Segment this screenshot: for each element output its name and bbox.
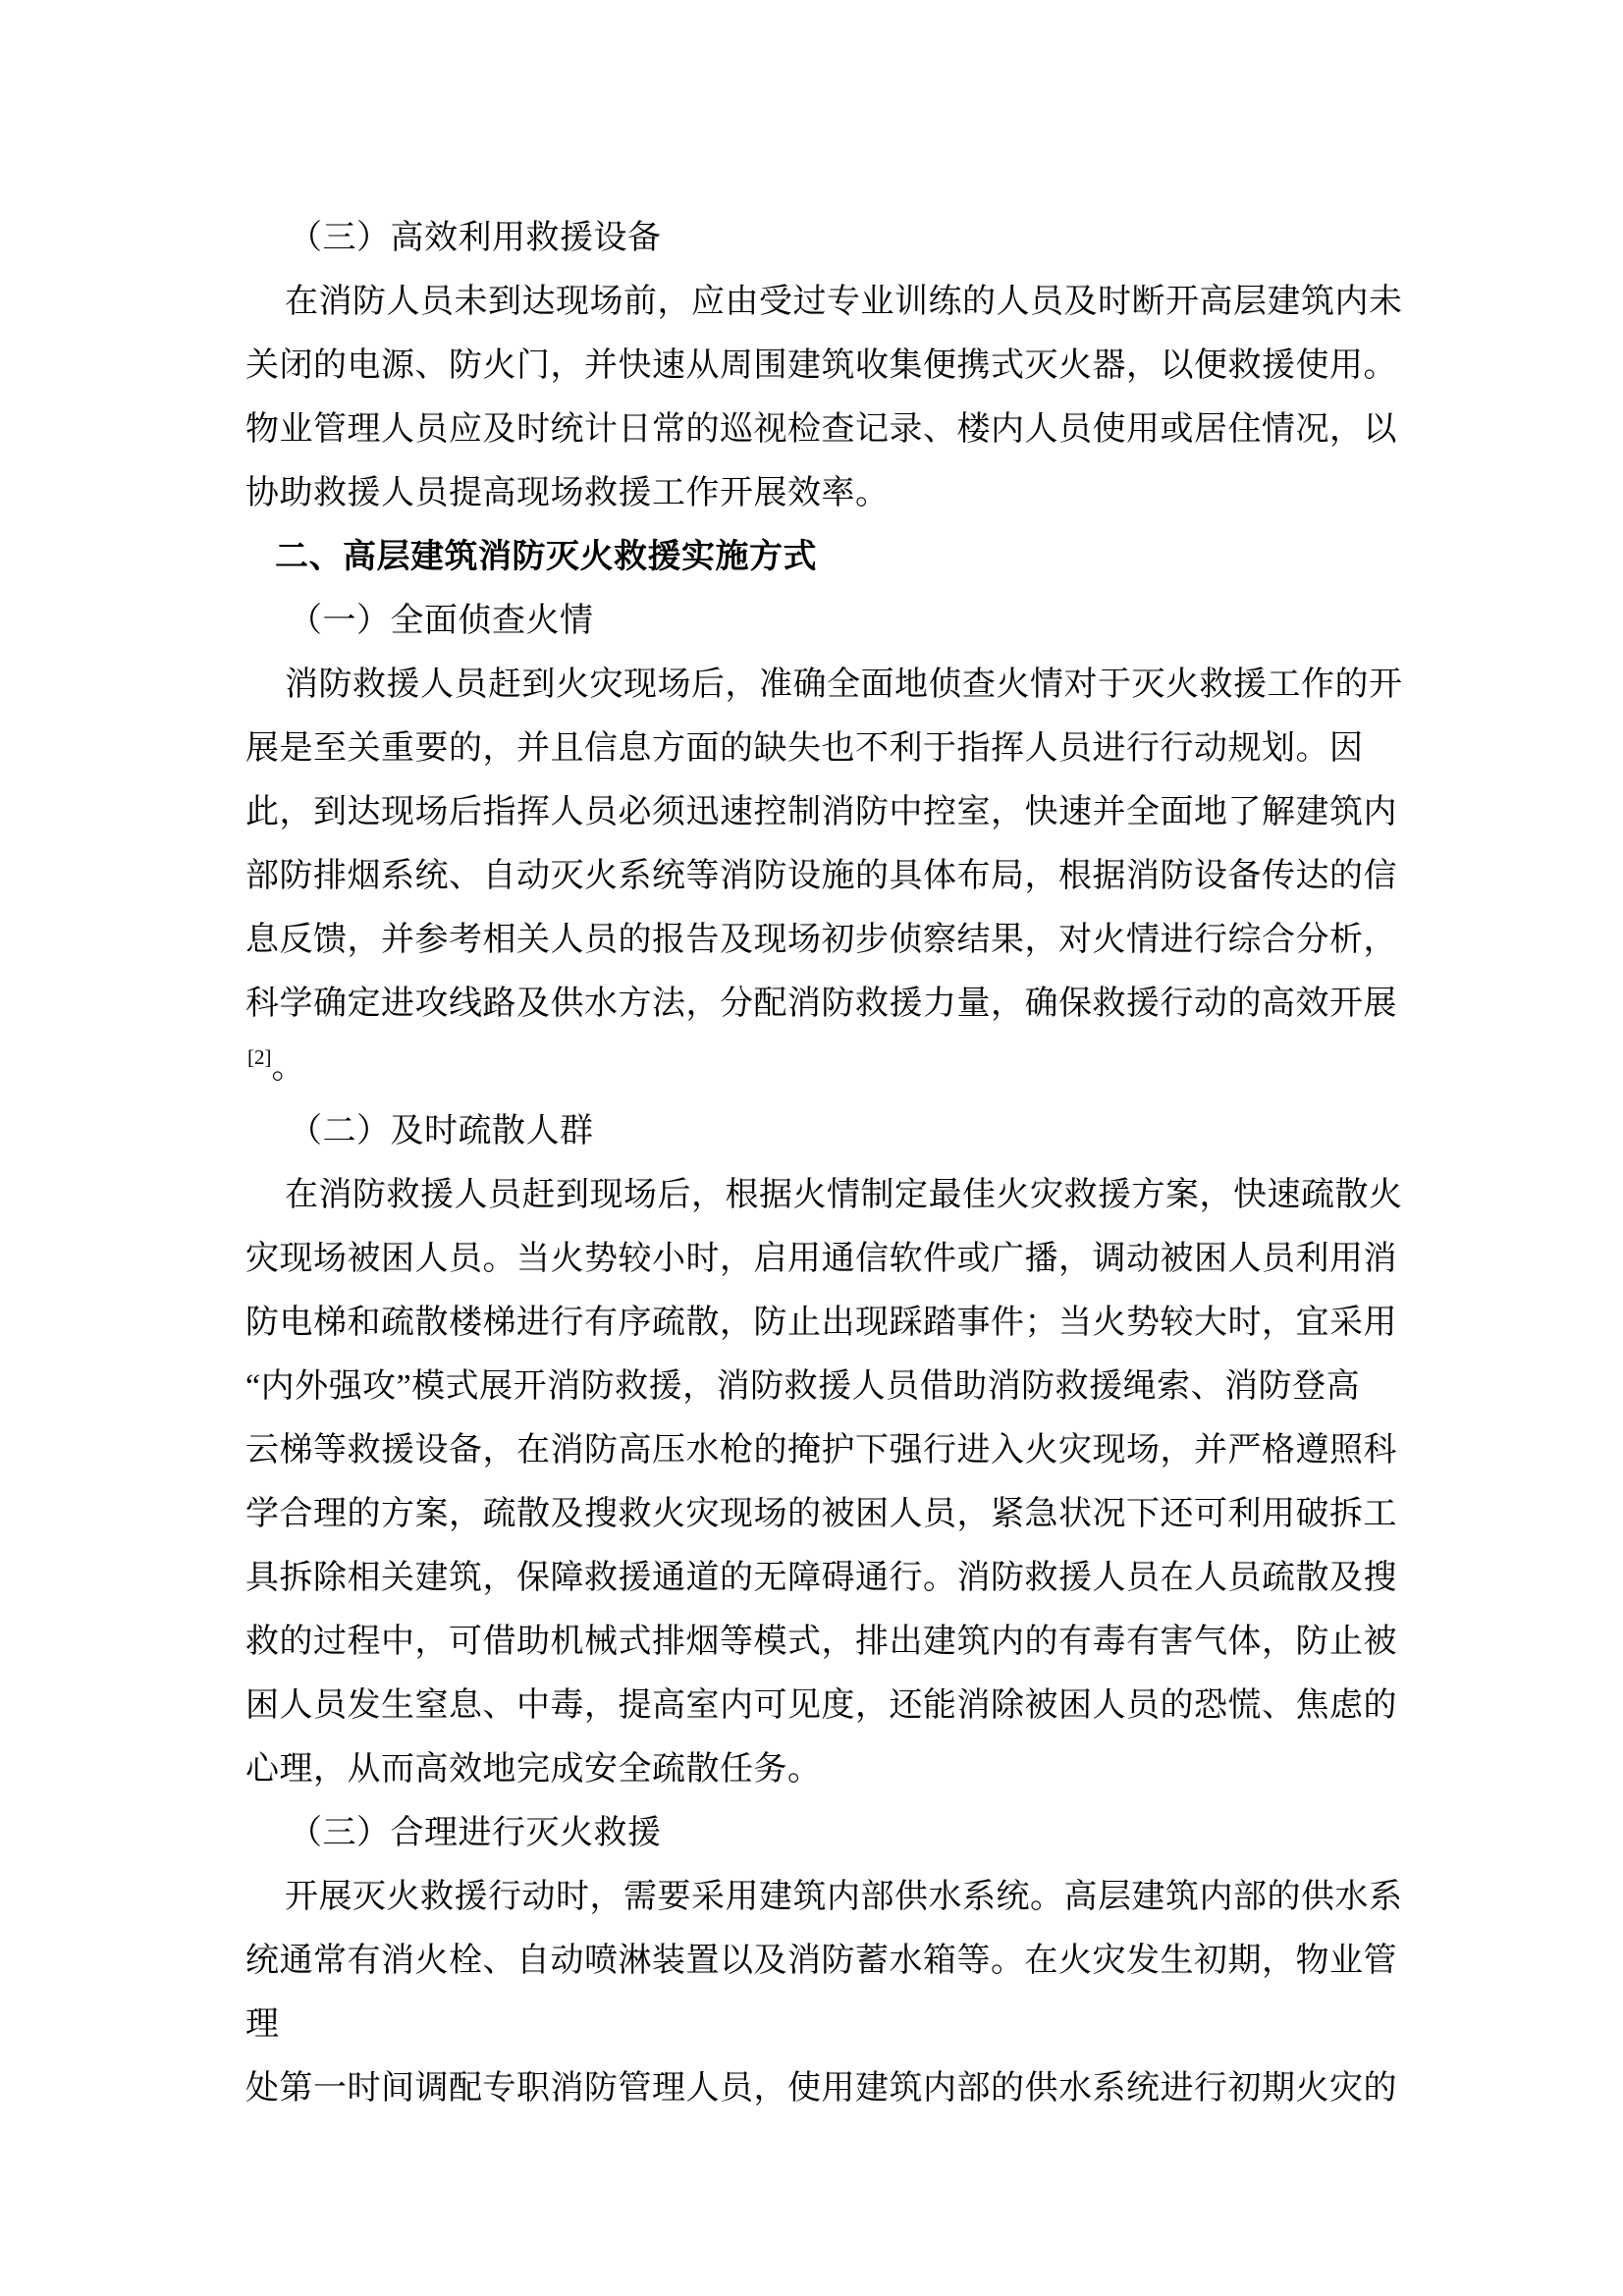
paragraph-line: 学合理的方案，疏散及搜救火灾现场的被困人员，紧急状况下还可利用破拆工 xyxy=(245,1482,1381,1546)
paragraph-line: 此，到达现场后指挥人员必须迅速控制消防中控室，快速并全面地了解建筑内 xyxy=(245,780,1381,844)
paragraph-line: 救的过程中，可借助机械式排烟等模式，排出建筑内的有毒有害气体，防止被 xyxy=(245,1610,1381,1674)
citation-period: 。 xyxy=(272,1049,306,1086)
paragraph-line: 关闭的电源、防火门，并快速从周围建筑收集便携式灭火器，以便救援使用。 xyxy=(245,334,1381,398)
paragraph-line-with-citation: [2]。 xyxy=(245,1036,1381,1099)
section-heading-3-efficient-use-of-rescue-equipment: （三）高效利用救援设备 xyxy=(245,206,1381,270)
paragraph-line-orphan-char: 理 xyxy=(245,1993,1381,2056)
section-heading-1-full-fire-reconnaissance: （一）全面侦查火情 xyxy=(245,589,1381,653)
paragraph-line: 困人员发生窒息、中毒，提高室内可见度，还能消除被困人员的恐慌、焦虑的 xyxy=(245,1674,1381,1737)
document-page: （三）高效利用救援设备 在消防人员未到达现场前，应由受过专业训练的人员及时断开高… xyxy=(0,0,1623,2296)
paragraph-line: 消防救援人员赶到火灾现场后，准确全面地侦查火情对于灭火救援工作的开 xyxy=(245,653,1381,717)
section-heading-3-reasonable-firefighting-rescue: （三）合理进行灭火救援 xyxy=(245,1801,1381,1865)
section-heading-2-timely-evacuation: （二）及时疏散人群 xyxy=(245,1099,1381,1163)
chapter-heading-2-implementation-methods: 二、高层建筑消防灭火救援实施方式 xyxy=(245,525,1381,589)
paragraph-line: “内外强攻”模式展开消防救援，消防救援人员借助消防救援绳索、消防登高 xyxy=(245,1355,1381,1418)
paragraph-line: 统通常有消火栓、自动喷淋装置以及消防蓄水箱等。在火灾发生初期，物业管 xyxy=(245,1929,1381,1993)
paragraph-line: 具拆除相关建筑，保障救援通道的无障碍通行。消防救援人员在人员疏散及搜 xyxy=(245,1546,1381,1610)
paragraph-line: 处第一时间调配专职消防管理人员，使用建筑内部的供水系统进行初期火灾的 xyxy=(245,2056,1381,2120)
paragraph-line: 在消防人员未到达现场前，应由受过专业训练的人员及时断开高层建筑内未 xyxy=(245,270,1381,334)
paragraph-line: 科学确定进攻线路及供水方法，分配消防救援力量，确保救援行动的高效开展 xyxy=(245,972,1381,1036)
paragraph-line: 展是至关重要的，并且信息方面的缺失也不利于指挥人员进行行动规划。因 xyxy=(245,717,1381,780)
paragraph-line: 云梯等救援设备，在消防高压水枪的掩护下强行进入火灾现场，并严格遵照科 xyxy=(245,1418,1381,1482)
paragraph-line: 在消防救援人员赶到现场后，根据火情制定最佳火灾救援方案，快速疏散火 xyxy=(245,1163,1381,1227)
paragraph-line: 开展灭火救援行动时，需要采用建筑内部供水系统。高层建筑内部的供水系 xyxy=(245,1865,1381,1929)
paragraph-line: 物业管理人员应及时统计日常的巡视检查记录、楼内人员使用或居住情况，以 xyxy=(245,398,1381,461)
paragraph-line: 协助救援人员提高现场救援工作开展效率。 xyxy=(245,461,1381,525)
paragraph-line: 部防排烟系统、自动灭火系统等消防设施的具体布局，根据消防设备传达的信 xyxy=(245,844,1381,908)
paragraph-line: 息反馈，并参考相关人员的报告及现场初步侦察结果，对火情进行综合分析， xyxy=(245,908,1381,972)
citation-ref-2: [2] xyxy=(247,1045,272,1069)
paragraph-line: 心理，从而高效地完成安全疏散任务。 xyxy=(245,1737,1381,1801)
paragraph-line: 防电梯和疏散楼梯进行有序疏散，防止出现踩踏事件；当火势较大时，宜采用 xyxy=(245,1291,1381,1355)
paragraph-line: 灾现场被困人员。当火势较小时，启用通信软件或广播，调动被困人员利用消 xyxy=(245,1227,1381,1291)
